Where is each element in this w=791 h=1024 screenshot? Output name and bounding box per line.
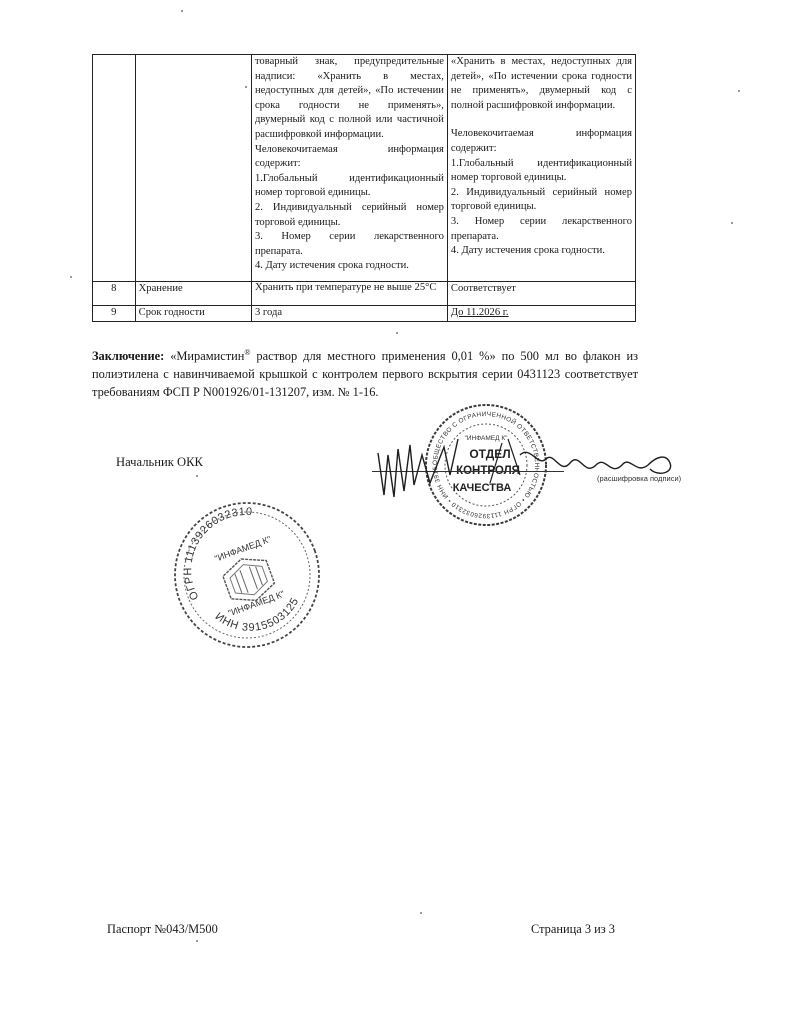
requirement-cell: 3 года: [251, 306, 447, 322]
table-row-storage: 8 Хранение Хранить при температуре не вы…: [93, 282, 636, 306]
requirement-text-item-1: 1.Глобальный идентификационный номер тор…: [255, 172, 444, 201]
signature-decryption-caption: (расшифровка подписи): [597, 474, 681, 483]
company-stamp-inn: ИНН 3915503125: [210, 583, 307, 647]
quality-table: товарный знак, предупредительные надписи…: [92, 54, 636, 322]
result-text-item-3: 3. Номер серии лекарственного препарата.: [451, 215, 632, 244]
table-row-shelf-life: 9 Срок годности 3 года До 11.2026 г.: [93, 306, 636, 322]
result-text-item-1: 1.Глобальный идентификационный номер тор…: [451, 157, 632, 186]
parameter-cell: Хранение: [135, 282, 251, 306]
requirement-cell: товарный знак, предупредительные надписи…: [251, 55, 447, 282]
page-number: Страница 3 из 3: [531, 922, 615, 937]
signature-icon: [370, 425, 690, 505]
parameter-cell: Срок годности: [135, 306, 251, 322]
document-page: товарный знак, предупредительные надписи…: [0, 0, 791, 1024]
svg-text:ИНН 3915503125: ИНН 3915503125: [210, 583, 307, 647]
result-text-item-4: 4. Дату истечения срока годности.: [451, 244, 632, 259]
row-number-cell: 8: [93, 282, 136, 306]
spacer: [451, 113, 632, 127]
passport-number: Паспорт №043/М500: [107, 922, 218, 937]
conclusion-label: Заключение:: [92, 349, 164, 363]
result-cell: «Хранить в местах, недоступных для детей…: [447, 55, 635, 282]
row-number-cell: [93, 55, 136, 282]
result-text-item-2: 2. Индивидуальный серийный номер торгово…: [451, 186, 632, 215]
requirement-text-labeling: товарный знак, предупредительные надписи…: [255, 55, 444, 143]
row-number-cell: 9: [93, 306, 136, 322]
requirement-text-human-readable: Человекочитаемая информация содержит:: [255, 143, 444, 172]
parameter-cell: [135, 55, 251, 282]
product-name: «Мирамистин: [170, 349, 244, 363]
company-stamp: ОГРН 1113926032310 ИНН 3915503125 "ИНФАМ…: [172, 500, 322, 650]
result-cell: Соответствует: [447, 282, 635, 306]
conclusion-paragraph: Заключение: «Мирамистин® раствор для мес…: [92, 347, 638, 401]
handwritten-signature: [370, 425, 690, 505]
requirement-text-item-2: 2. Индивидуальный серийный номер торгово…: [255, 201, 444, 230]
result-text-human-readable: Человекочитаемая информация содержит:: [451, 127, 632, 156]
result-cell: До 11.2026 г.: [447, 306, 635, 322]
requirement-text-item-3: 3. Номер серии лекарственного препарата.: [255, 230, 444, 259]
requirement-cell: Хранить при температуре не выше 25°С: [251, 282, 447, 306]
company-seal-icon: ОГРН 1113926032310 ИНН 3915503125 "ИНФАМ…: [172, 500, 322, 650]
requirement-text-item-4: 4. Дату истечения срока годности.: [255, 259, 444, 274]
table-row-continuation: товарный знак, предупредительные надписи…: [93, 55, 636, 282]
result-text-labeling: «Хранить в местах, недоступных для детей…: [451, 55, 632, 113]
signer-position: Начальник ОКК: [116, 455, 203, 470]
